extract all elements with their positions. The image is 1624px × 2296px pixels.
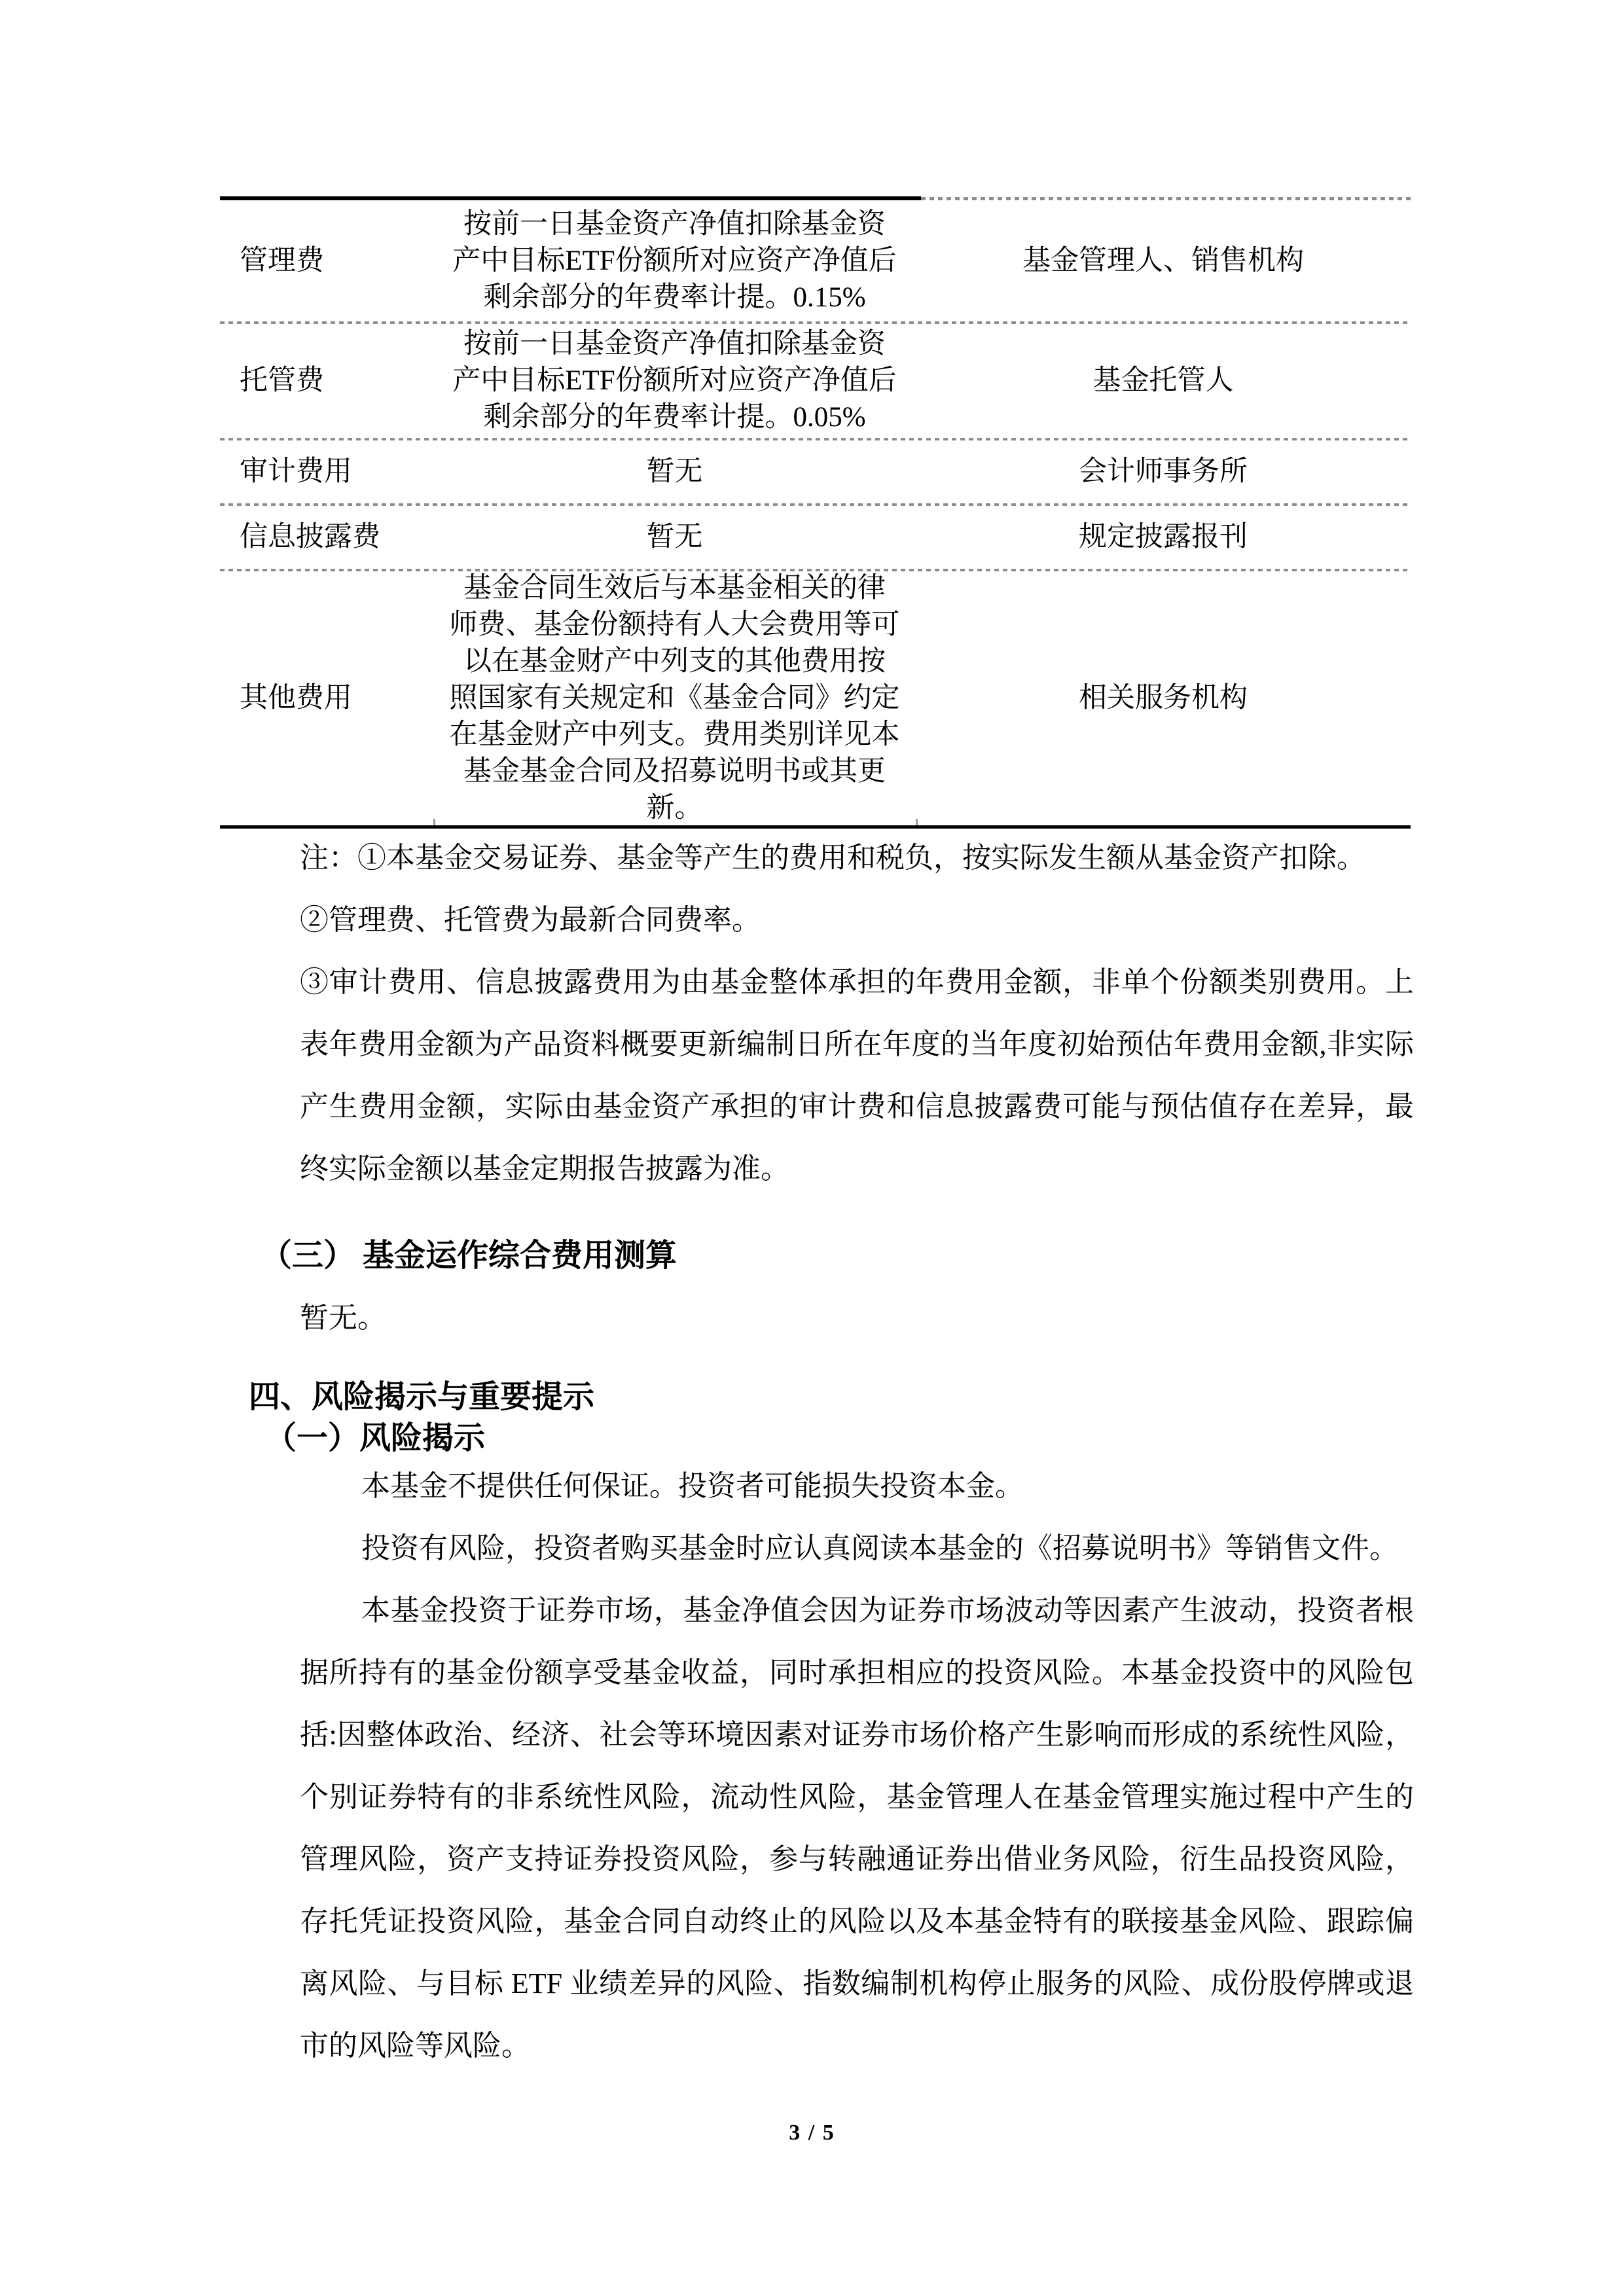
risk-paragraphs: 本基金不提供任何保证。投资者可能损失投资本金。 投资有风险，投资者购买基金时应认… [300,1455,1414,2077]
column-tick [916,819,918,825]
fee-desc-cell: 暂无 [433,440,916,503]
risk-paragraph-3: 本基金投资于证券市场，基金净值会因为证券市场波动等因素产生波动，投资者根据所持有… [300,1579,1414,2077]
fee-estimate-body: 暂无。 [300,1287,386,1349]
note-2: ②管理费、托管费为最新合同费率。 [300,889,1414,951]
document-page: 管理费 按前一日基金资产净值扣除基金资 产中目标ETF份额所对应资产净值后 剩余… [0,0,1624,2296]
note-1: 注：①本基金交易证券、基金等产生的费用和税负，按实际发生额从基金资产扣除。 [300,827,1414,889]
page-number: 3 / 5 [0,2121,1624,2145]
fee-payee-cell: 会计师事务所 [916,440,1411,503]
fee-name-cell: 信息披露费 [220,506,433,569]
fee-name-cell: 其他费用 [220,571,433,825]
table-row-disclosure-fee: 信息披露费 暂无 规定披露报刊 [220,506,1411,569]
fee-name-cell: 管理费 [220,200,433,321]
fee-payee-cell: 基金管理人、销售机构 [916,200,1411,321]
table-notes: 注：①本基金交易证券、基金等产生的费用和税负，按实际发生额从基金资产扣除。 ②管… [300,827,1414,1200]
fee-name-cell: 审计费用 [220,440,433,503]
section-heading-fee-estimate: （三） 基金运作综合费用测算 [261,1233,677,1279]
fee-desc-cell: 暂无 [433,506,916,569]
risk-paragraph-1: 本基金不提供任何保证。投资者可能损失投资本金。 [300,1455,1414,1517]
fee-desc-cell: 按前一日基金资产净值扣除基金资 产中目标ETF份额所对应资产净值后 剩余部分的年… [433,200,916,321]
column-tick [433,819,435,825]
fee-payee-cell: 基金托管人 [916,324,1411,438]
table-row-management-fee: 管理费 按前一日基金资产净值扣除基金资 产中目标ETF份额所对应资产净值后 剩余… [220,200,1411,321]
fee-payee-cell: 相关服务机构 [916,571,1411,825]
table-row-other-fee: 其他费用 基金合同生效后与本基金相关的律 师费、基金份额持有人大会费用等可 以在… [220,571,1411,825]
risk-paragraph-2: 投资有风险，投资者购买基金时应认真阅读本基金的《招募说明书》等销售文件。 [300,1517,1414,1579]
fee-name-cell: 托管费 [220,324,433,438]
section-heading-risk-disclosure: 四、风险揭示与重要提示 [249,1374,594,1420]
note-3: ③审计费用、信息披露费用为由基金整体承担的年费用金额，非单个份额类别费用。上表年… [300,951,1414,1200]
fee-desc-cell: 基金合同生效后与本基金相关的律 师费、基金份额持有人大会费用等可 以在基金财产中… [433,571,916,825]
fee-table: 管理费 按前一日基金资产净值扣除基金资 产中目标ETF份额所对应资产净值后 剩余… [220,196,1411,829]
fee-desc-cell: 按前一日基金资产净值扣除基金资 产中目标ETF份额所对应资产净值后 剩余部分的年… [433,324,916,438]
fee-payee-cell: 规定披露报刊 [916,506,1411,569]
table-row-audit-fee: 审计费用 暂无 会计师事务所 [220,440,1411,503]
table-row-custody-fee: 托管费 按前一日基金资产净值扣除基金资 产中目标ETF份额所对应资产净值后 剩余… [220,324,1411,438]
